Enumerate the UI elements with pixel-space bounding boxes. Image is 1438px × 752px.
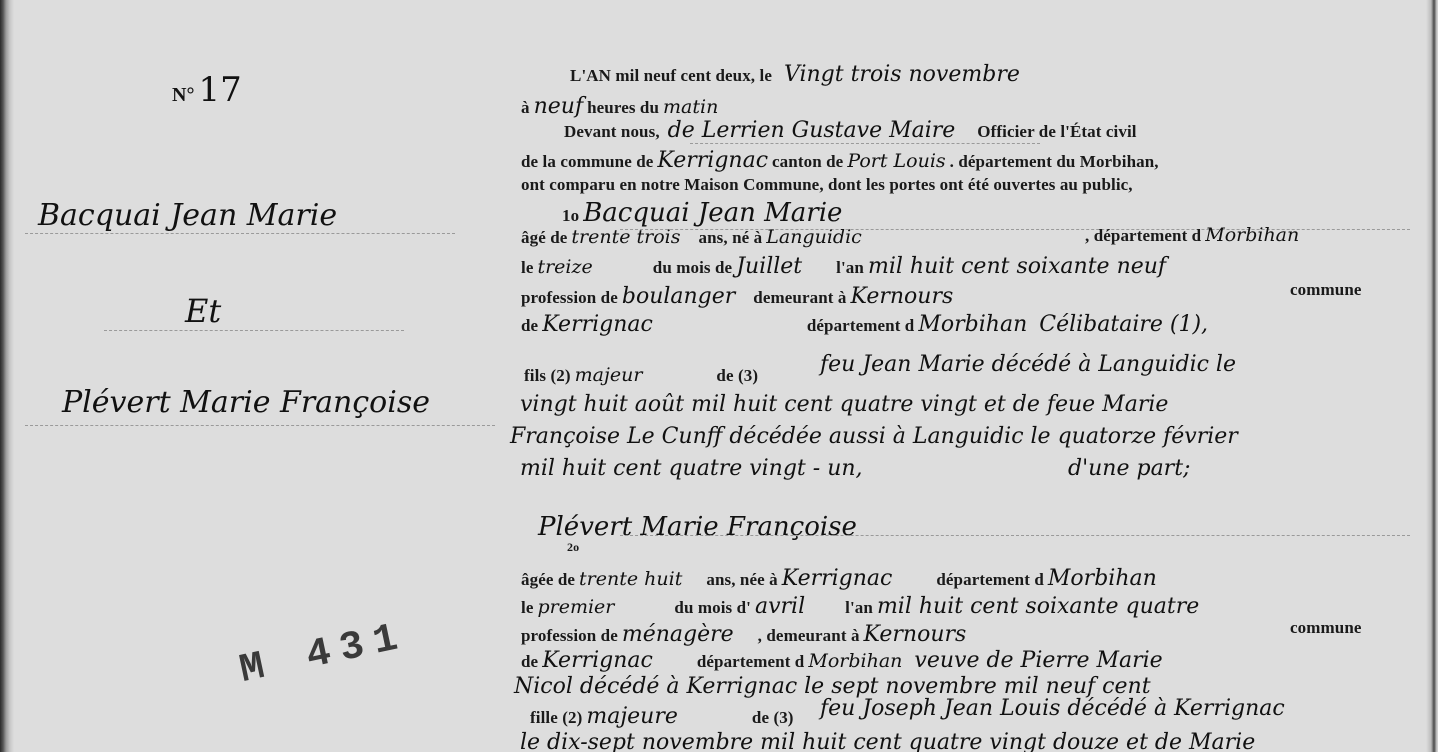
printed-text: de (3) [716, 366, 758, 385]
printed-text: heures du [587, 98, 659, 117]
printed-text: Officier de l'État civil [977, 122, 1136, 141]
printed-text: l'an [845, 598, 873, 617]
bride-commune-line: de Kerrignac département d Morbihan veuv… [521, 648, 1163, 673]
bride-birthplace: Kerrignac [782, 566, 893, 591]
bride-dept-value: Morbihan [1048, 566, 1157, 591]
act-line-officer: Devant nous, de Lerrien Gustave Maire Of… [564, 118, 1137, 143]
bride-birth-day: premier [537, 596, 614, 618]
groom-birth-year: mil huit cent soixante neuf [868, 254, 1166, 279]
groom-age-line: âgé de trente trois ans, né à Languidic [521, 226, 862, 248]
groom-profession-line: profession de boulanger demeurant à Kern… [521, 284, 953, 309]
groom-parents-4: mil huit cent quatre vingt - un, [520, 456, 863, 481]
bride-commune: Kerrignac [542, 648, 653, 673]
groom-parents-line: fils (2) majeur de (3) [524, 364, 758, 386]
groom-commune-line: de Kerrignac département d Morbihan Céli… [521, 312, 1208, 337]
act-line-commune: de la commune de Kerrignac canton de Por… [521, 148, 1159, 173]
margin-conjunction: Et [185, 292, 221, 330]
printed-text: de (3) [752, 708, 794, 727]
handwritten-date: Vingt trois novembre [784, 62, 1020, 87]
printed-text: département d [697, 652, 805, 671]
groom-parents-3: Françoise Le Cunff décédée aussi à Langu… [510, 424, 1238, 449]
bride-age: trente huit [579, 568, 682, 590]
bride-name: Plévert Marie Françoise [538, 512, 857, 542]
printed-text: département d [936, 570, 1044, 589]
bride-commune-label: commune [1290, 618, 1362, 638]
rule [690, 143, 1040, 144]
printed-text: profession de [521, 288, 618, 307]
entry-number: N° 17 [172, 70, 242, 110]
handwritten-canton: Port Louis [847, 150, 945, 172]
printed-text: du mois de [653, 258, 732, 277]
groom-age: trente trois [571, 226, 680, 248]
entry-number-value: 17 [198, 70, 241, 110]
bride-birthdate-line: le premier du mois d' avril l'an mil hui… [521, 594, 1199, 619]
bride-birth-year: mil huit cent soixante quatre [877, 594, 1199, 619]
handwritten-time-of-day: matin [663, 96, 718, 118]
bride-majority: majeure [586, 704, 678, 729]
printed-text: , demeurant à [758, 626, 860, 645]
act-line-date: L'AN mil neuf cent deux, le Vingt trois … [570, 62, 1020, 87]
printed-text: , département d [1085, 226, 1201, 245]
printed-text: 1o [562, 206, 579, 225]
groom-dept2-value: Morbihan [918, 312, 1027, 337]
groom-majority: majeur [575, 364, 643, 386]
bride-residence: Kernours [864, 622, 967, 647]
binding-edge-right [1426, 0, 1438, 752]
entry-number-prefix: N° [172, 84, 194, 106]
bride-birth-month: avril [755, 594, 805, 619]
rule [104, 330, 404, 331]
printed-text: le [521, 598, 533, 617]
printed-text: fille (2) [530, 708, 582, 727]
printed-text: fils (2) [524, 366, 571, 385]
handwritten-officer: de Lerrien Gustave Maire [668, 118, 956, 143]
printed-text: département d [807, 316, 915, 335]
printed-text: âgée de [521, 570, 575, 589]
groom-part-end: d'une part; [1068, 456, 1190, 481]
bride-dept2-value: Morbihan [808, 650, 902, 672]
bride-parents-2: le dix-sept novembre mil huit cent quatr… [520, 730, 1255, 752]
printed-text: le [521, 258, 533, 277]
bride-profession: ménagère [622, 622, 734, 647]
register-page: N° 17 Bacquai Jean Marie Et Plévert Mari… [0, 0, 1438, 752]
bride-parents-line: fille (2) majeure de (3) [530, 704, 794, 729]
groom-birth-month: Juillet [736, 254, 802, 279]
printed-text: de la commune de [521, 152, 653, 171]
groom-dept-value: Morbihan [1205, 224, 1299, 246]
printed-text: du mois d' [674, 598, 751, 617]
rule [620, 535, 1410, 536]
groom-commune-label: commune [1290, 280, 1362, 300]
printed-text: ans, née à [706, 570, 777, 589]
binding-edge-left [0, 0, 14, 752]
printed-text: de [521, 316, 538, 335]
rule [25, 425, 495, 426]
printed-text: profession de [521, 626, 618, 645]
groom-profession: boulanger [622, 284, 735, 309]
bride-number: 2o [567, 540, 579, 555]
groom-dept: , département d Morbihan [1085, 224, 1299, 246]
printed-text: Devant nous, [564, 122, 660, 141]
margin-bride-name: Plévert Marie Françoise [62, 385, 430, 420]
printed-text: . département du Morbihan, [950, 152, 1159, 171]
groom-birthdate-line: le treize du mois de Juillet l'an mil hu… [521, 254, 1166, 279]
groom-marital-status: Célibataire (1), [1039, 312, 1208, 337]
margin-groom-name: Bacquai Jean Marie [38, 198, 337, 233]
handwritten-hour: neuf [534, 94, 584, 119]
act-line-appearance: ont comparu en notre Maison Commune, don… [521, 175, 1133, 195]
printed-text: ans, né à [699, 228, 763, 247]
bride-profession-line: profession de ménagère , demeurant à Ker… [521, 622, 966, 647]
printed-text: à [521, 98, 530, 117]
bride-widow-note: veuve de Pierre Marie [914, 648, 1162, 673]
printed-text: de [521, 652, 538, 671]
printed-text: demeurant à [753, 288, 846, 307]
groom-birthplace: Languidic [766, 226, 862, 248]
printed-text: canton de [772, 152, 843, 171]
groom-parents-2: vingt huit août mil huit cent quatre vin… [520, 392, 1168, 417]
groom-residence: Kernours [850, 284, 953, 309]
groom-name: Bacquai Jean Marie [583, 198, 842, 228]
rule [25, 233, 455, 234]
groom-birth-day: treize [537, 256, 592, 278]
groom-commune: Kerrignac [542, 312, 653, 337]
act-line-hour: à neuf heures du matin [521, 94, 718, 119]
printed-text: âgé de [521, 228, 567, 247]
handwritten-commune: Kerrignac [657, 148, 768, 173]
bride-parents-1: feu Joseph Jean Louis décédé à Kerrignac [820, 696, 1285, 721]
printed-text: l'an [836, 258, 864, 277]
bride-age-line: âgée de trente huit ans, née à Kerrignac… [521, 566, 1157, 591]
groom-name-line: 1o Bacquai Jean Marie [562, 198, 842, 228]
printed-text: L'AN mil neuf cent deux, le [570, 66, 772, 85]
groom-parents-1: feu Jean Marie décédé à Languidic le [820, 352, 1236, 377]
archive-stamp: M 431 [236, 615, 412, 694]
